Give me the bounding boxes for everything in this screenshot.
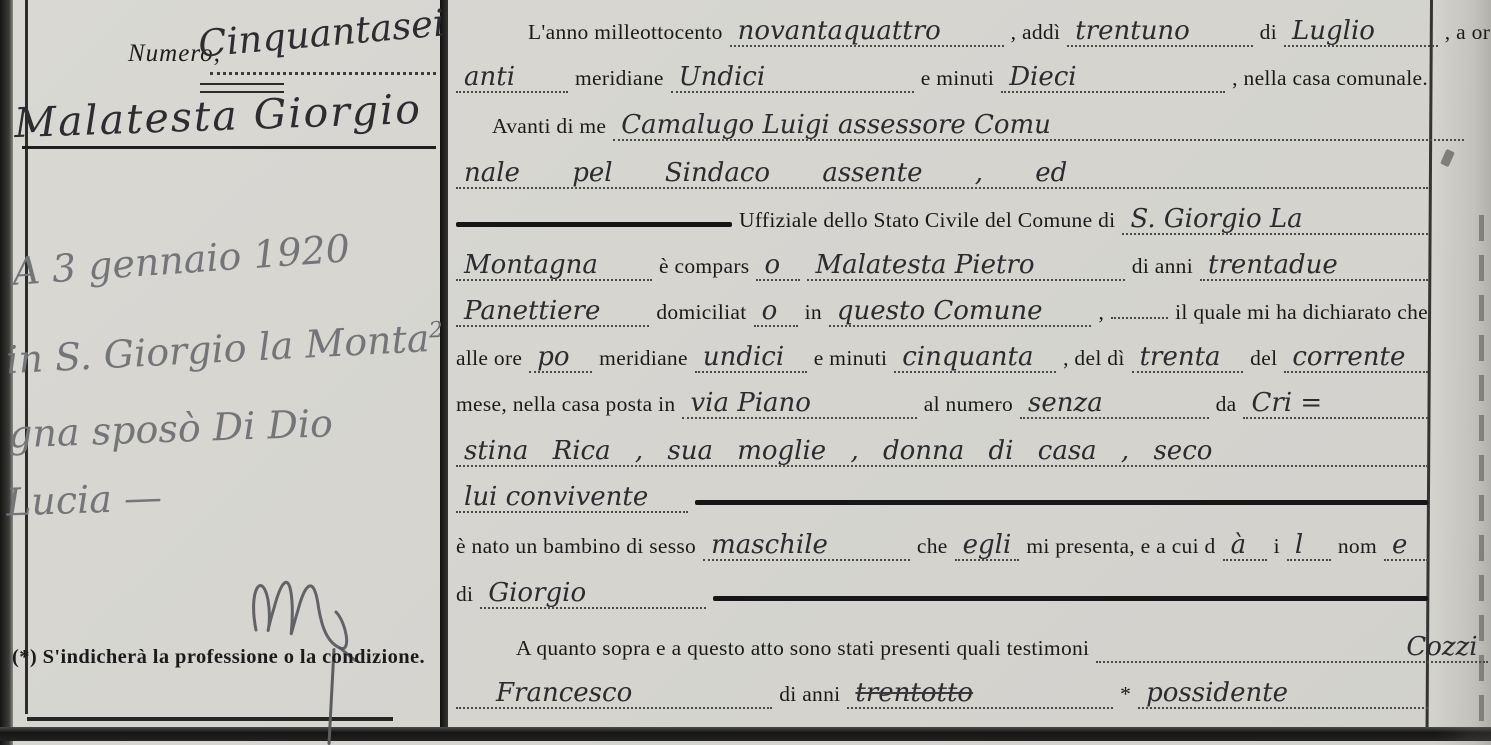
handwritten-entry: senza [1020, 390, 1209, 419]
handwritten-entry: undici [695, 344, 807, 373]
printed-text: meridiane [599, 346, 688, 371]
handwritten-entry [1111, 316, 1168, 319]
form-line: L'anno milleottocentonovantaquattro, add… [456, 18, 1491, 47]
form-line: antimeridianeUndicie minutiDieci, nella … [456, 64, 1428, 93]
record-number-entry: Cinquantasei [197, 1, 447, 65]
printed-text: nom [1338, 534, 1377, 559]
handwritten-entry: Malatesta Pietro [807, 252, 1124, 281]
name-underline [22, 146, 436, 149]
column-divider [440, 0, 448, 727]
handwritten-entry: Dieci [1001, 64, 1225, 93]
printed-text: , a ore [1445, 20, 1491, 45]
margin-panel: Numero, Cinquantasei Malatesta Giorgio A… [0, 0, 440, 745]
printed-text: A quanto sopra e a questo atto sono stat… [516, 636, 1089, 661]
ink-rule [713, 596, 1428, 601]
handwritten-entry: Luglio [1284, 18, 1438, 47]
handwritten-entry: anti [456, 64, 568, 93]
printed-text: di anni [1132, 254, 1193, 279]
printed-text: mi presenta, e a cui d [1026, 534, 1215, 559]
printed-text: di [456, 582, 473, 607]
form-line: lui convivente [456, 484, 1428, 513]
printed-text: domiciliat [656, 300, 746, 325]
margin-note-text: in S. Giorgio la Monta [5, 316, 430, 382]
printed-text: in [805, 300, 822, 325]
handwritten-entry: po [529, 344, 592, 373]
handwritten-entry: questo Comune [829, 298, 1092, 327]
form-line: nale pel Sindaco assente , ed [456, 160, 1428, 189]
handwritten-entry: Panettiere [456, 298, 649, 327]
printed-text: e minuti [814, 346, 887, 371]
handwritten-entry: nale pel Sindaco assente , ed [456, 160, 1428, 189]
printed-text: * [1120, 682, 1131, 707]
printed-text: è compars [659, 254, 749, 279]
handwritten-entry: corrente [1284, 344, 1428, 373]
printed-text: che [917, 534, 948, 559]
printed-text: , addì [1011, 20, 1061, 45]
handwritten-entry: maschile [703, 532, 910, 561]
handwritten-entry: trentadue [1200, 252, 1428, 281]
printed-text: Uffiziale dello Stato Civile del Comune … [739, 208, 1115, 233]
handwritten-entry: à [1223, 532, 1267, 561]
handwritten-entry: possidente [1138, 680, 1428, 709]
birth-act-form: L'anno milleottocentonovantaquattro, add… [456, 0, 1428, 727]
form-line: Francescodi annitrentotto*possidente [456, 680, 1428, 709]
form-line: A quanto sopra e a questo atto sono stat… [456, 634, 1488, 663]
margin-note-line: gna sposò Di Dio [7, 401, 438, 454]
printed-text: del [1250, 346, 1277, 371]
marriage-margin-note: A 3 gennaio 1920 in S. Giorgio la Monta2… [6, 238, 438, 514]
printed-text: da [1216, 392, 1237, 417]
footnote-marker: 2 [428, 318, 443, 344]
handwritten-entry: Montagna [456, 252, 652, 281]
form-line: alle orepomeridianeundicie minuticinquan… [456, 344, 1428, 373]
dotted-line [210, 72, 436, 75]
handwritten-entry: egli [955, 532, 1020, 561]
form-line: Montagnaè comparsoMalatesta Pietrodi ann… [456, 252, 1428, 281]
handwritten-entry: trentuno [1067, 18, 1252, 47]
form-line: Uffiziale dello Stato Civile del Comune … [456, 206, 1428, 235]
registered-name-entry: Malatesta Giorgio [13, 85, 422, 147]
form-line: stina Rica , sua moglie , donna di casa … [456, 438, 1428, 467]
printed-text: alle ore [456, 346, 522, 371]
printed-text: al numero [924, 392, 1013, 417]
margin-note-line: A 3 gennaio 1920 [11, 223, 439, 291]
printed-text: meridiane [575, 66, 664, 91]
handwritten-entry: Francesco [456, 680, 772, 709]
form-line: è nato un bambino di sessomaschilecheegl… [456, 532, 1428, 561]
margin-note-line: in S. Giorgio la Monta2 [5, 319, 438, 380]
printed-text: il quale mi ha dichiarato che [1175, 300, 1428, 325]
printed-text: di anni [779, 682, 840, 707]
handwritten-entry: Cozzi [1096, 634, 1488, 663]
handwritten-entry: S. Giorgio La [1122, 206, 1428, 235]
handwritten-entry: stina Rica , sua moglie , donna di casa … [456, 438, 1428, 467]
printed-text: , del dì [1063, 346, 1125, 371]
handwritten-entry: Cri = [1243, 390, 1428, 419]
handwritten-entry: lui convivente [456, 484, 688, 513]
printed-text: , [1098, 300, 1104, 325]
printed-text: i [1274, 534, 1280, 559]
printed-text: L'anno milleottocento [528, 20, 723, 45]
handwritten-entry: novantaquattro [730, 18, 1004, 47]
handwritten-entry: via Piano [682, 390, 916, 419]
handwritten-entry: o [756, 252, 800, 281]
handwritten-entry: trenta [1132, 344, 1244, 373]
handwritten-entry: l [1287, 532, 1331, 561]
ink-rule [695, 500, 1428, 505]
printed-text: Avanti di me [492, 114, 606, 139]
handwritten-entry: cinquanta [894, 344, 1056, 373]
printed-text: è nato un bambino di sesso [456, 534, 696, 559]
printed-text: di [1260, 20, 1277, 45]
handwritten-entry: trentotto [847, 680, 1113, 709]
margin-note-line: Lucia — [5, 468, 438, 521]
form-line: Avanti di meCamalugo Luigi assessore Com… [456, 112, 1464, 141]
printed-text: e minuti [921, 66, 994, 91]
printed-text: , nella casa comunale. [1232, 66, 1428, 91]
handwritten-entry: Camalugo Luigi assessore Comu [613, 112, 1464, 141]
form-line: Panettieredomiciliatoinquesto Comune,il … [456, 298, 1428, 327]
ink-rule [456, 222, 732, 227]
profession-footnote: (*) S'indicherà la professione o la cond… [12, 646, 436, 669]
handwritten-entry: o [754, 298, 798, 327]
printed-text: mese, nella casa posta in [456, 392, 675, 417]
form-line: diGiorgio [456, 580, 1428, 609]
handwritten-entry: Undici [671, 64, 914, 93]
birth-record-scan: Numero, Cinquantasei Malatesta Giorgio A… [0, 0, 1491, 745]
handwritten-entry: e [1384, 532, 1428, 561]
form-line: mese, nella casa posta invia Pianoal num… [456, 390, 1428, 419]
handwritten-entry: Giorgio [480, 580, 706, 609]
